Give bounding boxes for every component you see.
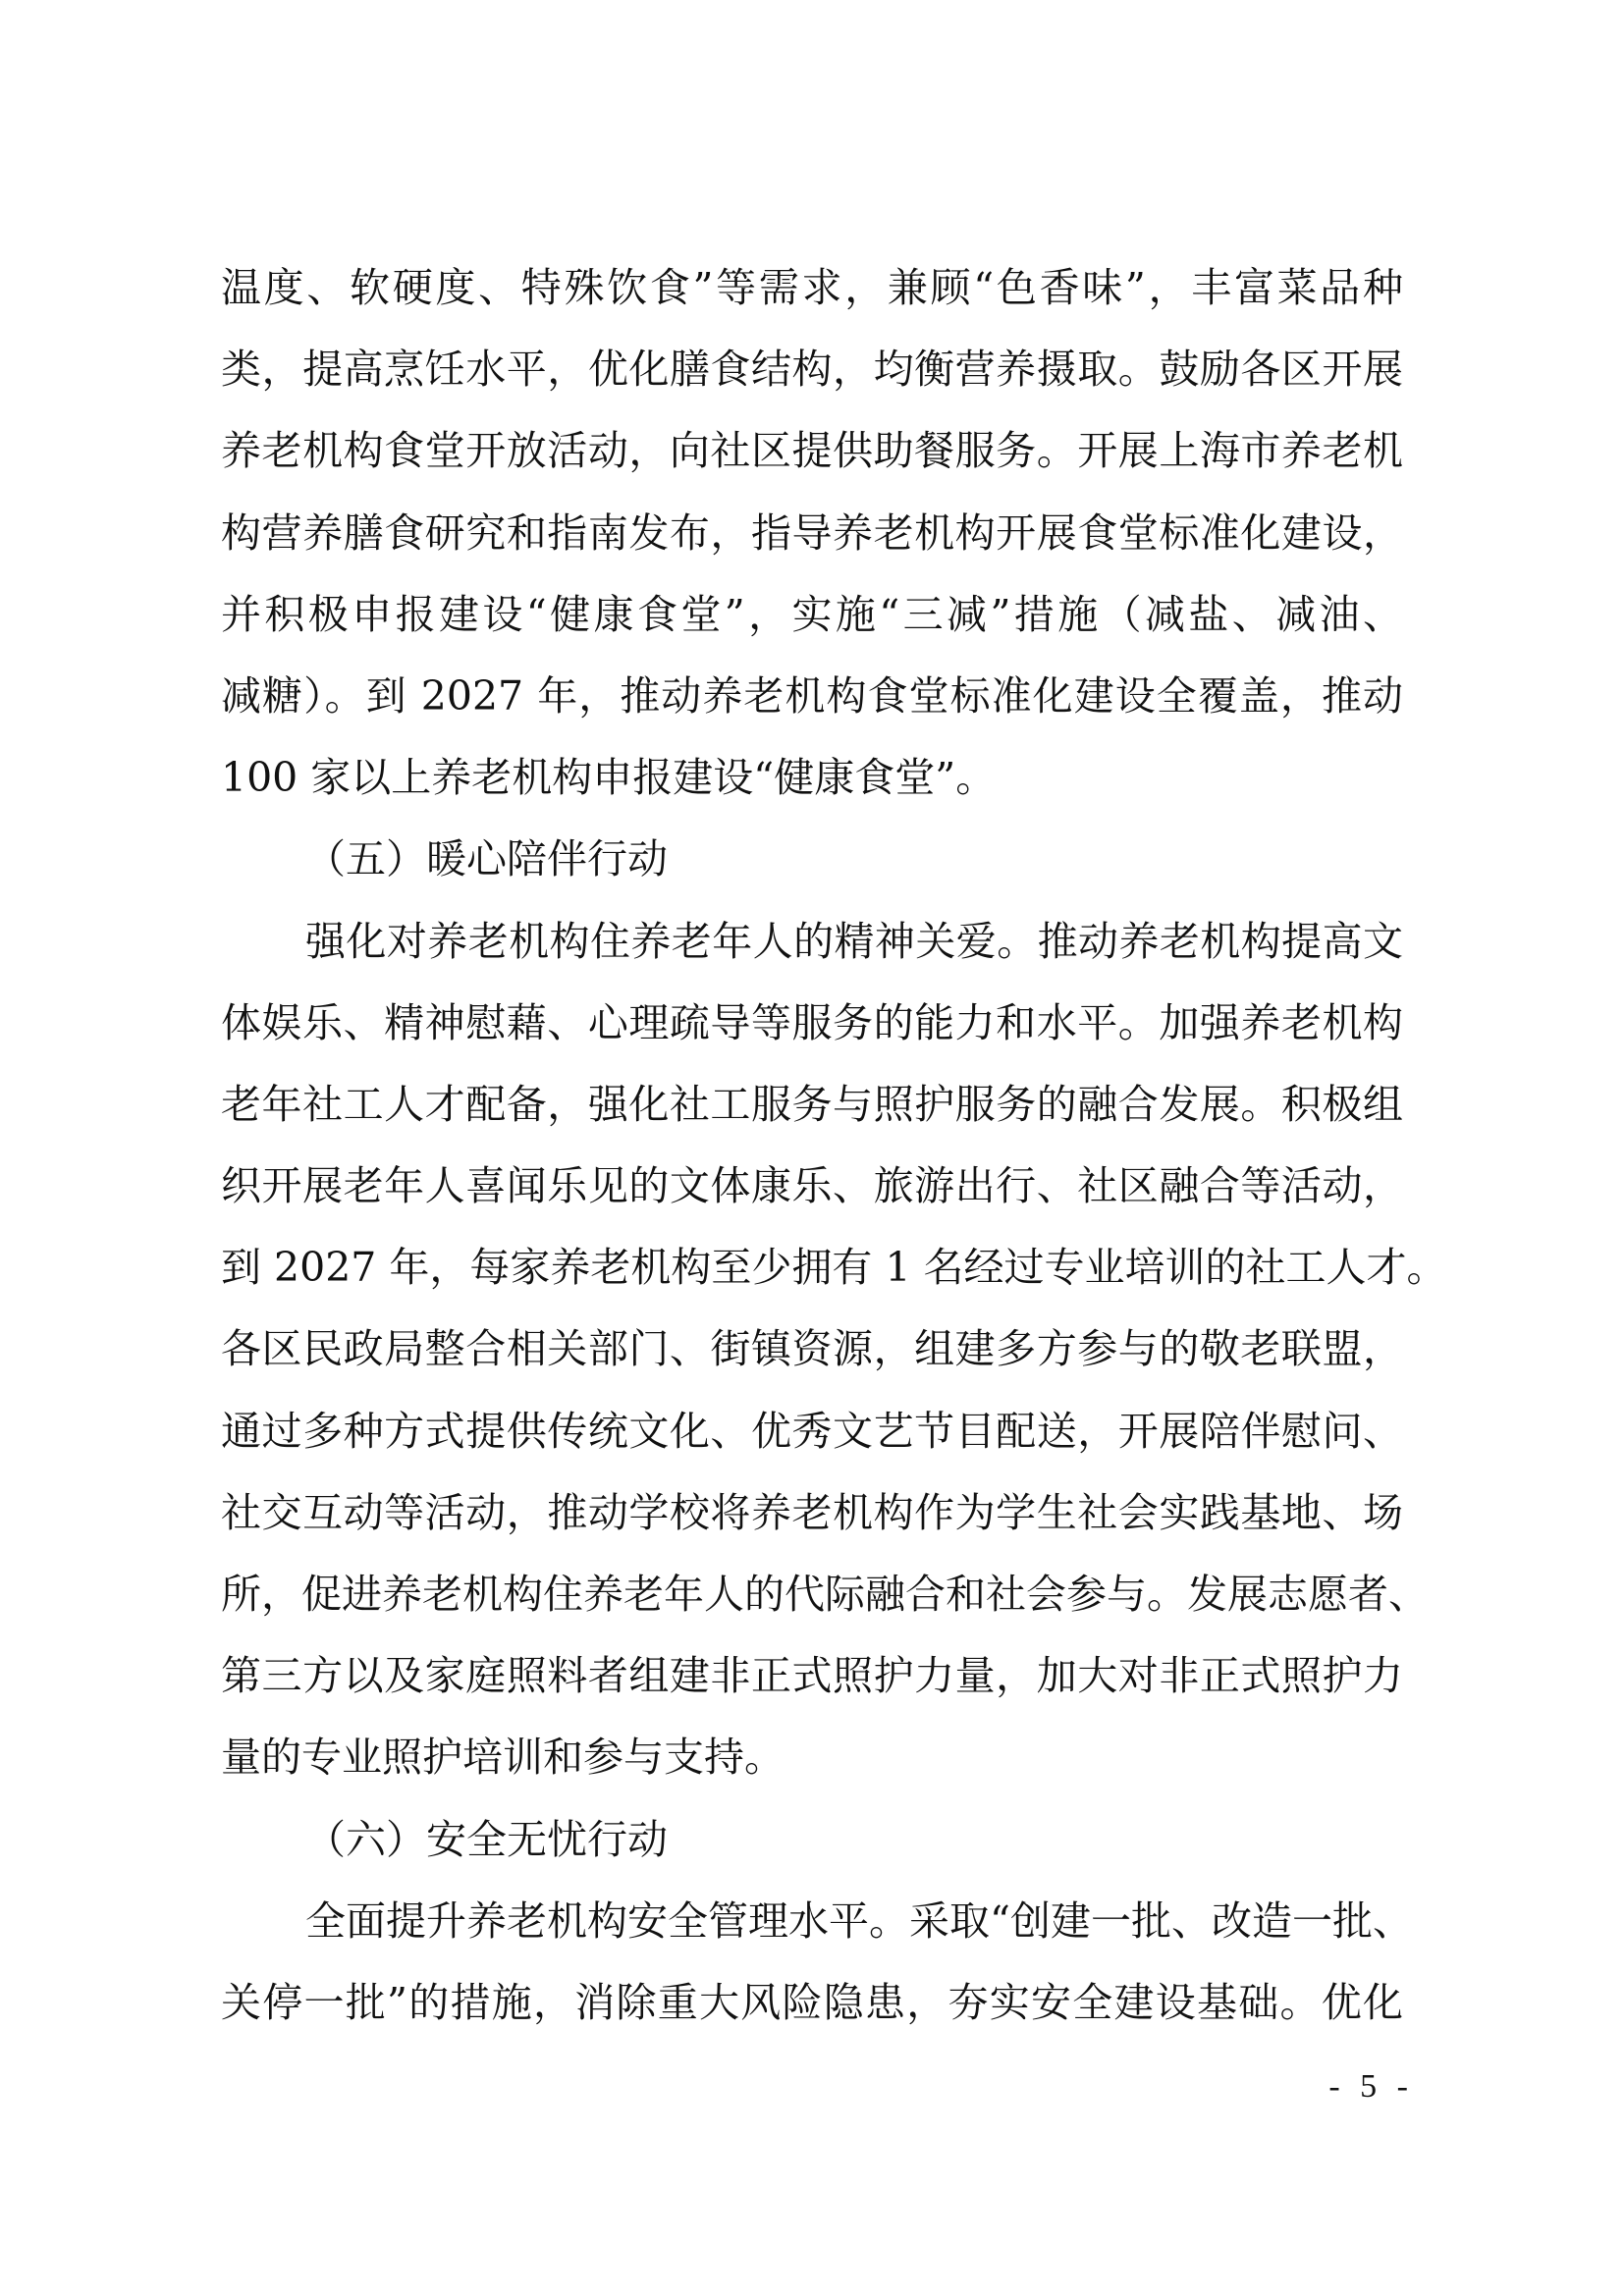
paragraph-first-line: 全面提升养老机构安全管理水平。采取“创建一批、改造一批、 — [221, 1881, 1403, 1962]
paragraph-line: 通过多种方式提供传统文化、优秀文艺节目配送，开展陪伴慰问、 — [221, 1391, 1403, 1472]
document-body: 温度、软硬度、特殊饮食”等需求，兼顾“色香味”，丰富菜品种 类，提高烹饪水平，优… — [221, 247, 1403, 2044]
paragraph-line: 温度、软硬度、特殊饮食”等需求，兼顾“色香味”，丰富菜品种 — [221, 247, 1403, 329]
paragraph-line: 各区民政局整合相关部门、街镇资源，组建多方参与的敬老联盟， — [221, 1308, 1403, 1390]
paragraph-line-last: 量的专业照护培训和参与支持。 — [221, 1717, 1403, 1798]
section-heading-six: （六）安全无忧行动 — [221, 1799, 1403, 1881]
section-heading-five: （五）暖心陪伴行动 — [221, 819, 1403, 900]
paragraph-line: 到 2027 年，每家养老机构至少拥有 1 名经过专业培训的社工人才。 — [221, 1227, 1403, 1308]
paragraph-line: 养老机构食堂开放活动，向社区提供助餐服务。开展上海市养老机 — [221, 410, 1403, 492]
paragraph-first-line: 强化对养老机构住养老年人的精神关爱。推动养老机构提高文 — [221, 901, 1403, 983]
paragraph-line: 并积极申报建设“健康食堂”，实施“三减”措施（减盐、减油、 — [221, 574, 1403, 656]
paragraph-line-last: 100 家以上养老机构申报建设“健康食堂”。 — [221, 737, 1403, 819]
paragraph-line: 构营养膳食研究和指南发布，指导养老机构开展食堂标准化建设， — [221, 493, 1403, 574]
paragraph-line: 第三方以及家庭照料者组建非正式照护力量，加大对非正式照护力 — [221, 1635, 1403, 1717]
paragraph-line: 减糖）。到 2027 年，推动养老机构食堂标准化建设全覆盖，推动 — [221, 656, 1403, 737]
paragraph-line: 社交互动等活动，推动学校将养老机构作为学生社会实践基地、场 — [221, 1472, 1403, 1554]
paragraph-line: 类，提高烹饪水平，优化膳食结构，均衡营养摄取。鼓励各区开展 — [221, 329, 1403, 410]
page-number: - 5 - — [1316, 2065, 1414, 2109]
paragraph-line: 所，促进养老机构住养老年人的代际融合和社会参与。发展志愿者、 — [221, 1554, 1403, 1635]
paragraph-line: 关停一批”的措施，消除重大风险隐患，夯实安全建设基础。优化 — [221, 1962, 1403, 2044]
paragraph-line: 老年社工人才配备，强化社工服务与照护服务的融合发展。积极组 — [221, 1064, 1403, 1146]
paragraph-line: 织开展老年人喜闻乐见的文体康乐、旅游出行、社区融合等活动， — [221, 1146, 1403, 1227]
paragraph-line: 体娱乐、精神慰藉、心理疏导等服务的能力和水平。加强养老机构 — [221, 983, 1403, 1064]
document-page: 温度、软硬度、特殊饮食”等需求，兼顾“色香味”，丰富菜品种 类，提高烹饪水平，优… — [0, 0, 1624, 2296]
